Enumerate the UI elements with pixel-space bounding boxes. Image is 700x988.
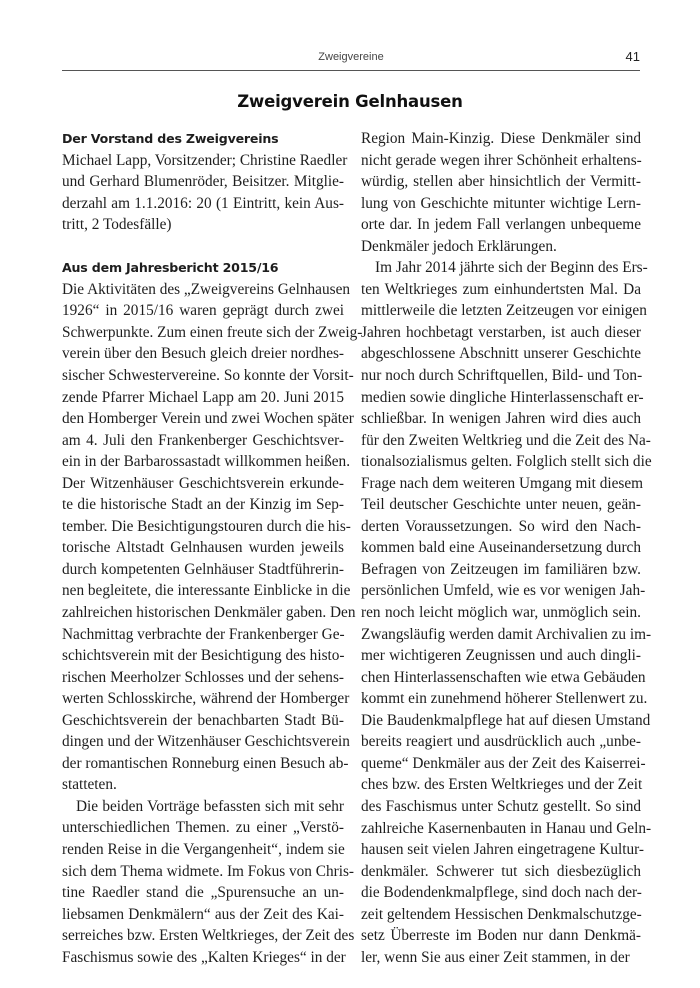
text-line: derzahl am 1.1.2016: 20 (1 Eintritt, kei… [62,193,344,215]
text-line: mittlerweile die letzten Zeitzeugen vor … [361,300,641,322]
text-line: der romantischen Ronneburg einen Besuch … [62,753,344,775]
text-line: kommen bald eine Auseinandersetzung durc… [361,537,641,559]
text-line: für den Zweiten Weltkrieg und die Zeit d… [361,430,641,452]
text-line: renden Reise in die Vergangenheit“, inde… [62,839,344,861]
text-line: Die Baudenkmalpflege hat auf diesen Umst… [361,710,641,732]
text-line: Geschichtsverein der benachbarten Stadt … [62,710,344,732]
text-line: Der Witzenhäuser Geschichtsverein erkund… [62,473,344,495]
text-line: Befragen von Zeitzeugen im familiären bz… [361,559,641,581]
text-line: am 4. Juli den Frankenberger Geschichtsv… [62,430,344,452]
text-line: tritt, 2 Todesfälle) [62,214,344,236]
text-line: bereits reagiert und ausdrücklich auch „… [361,731,641,753]
text-line: liebsamen Denkmälern“ aus der Zeit des K… [62,904,344,926]
text-line: nen begleitete, die interessante Einblic… [62,580,344,602]
text-line: des Faschismus unter Schutz gestellt. So… [361,796,641,818]
text-line: Im Jahr 2014 jährte sich der Beginn des … [361,257,641,279]
text-line: sischer Schwestervereine. So konnte der … [62,365,344,387]
text-line: Teil deutscher Geschichte unter neuen, g… [361,494,641,516]
text-line: sich dem Thema widmete. Im Fokus von Chr… [62,861,344,883]
running-title: Zweigvereine [62,51,640,63]
text-line: tember. Die Besichtigungstouren durch di… [62,516,344,538]
text-line: würdig, stellen aber hinsichtlich der Ve… [361,171,641,193]
jahresbericht-paragraph-2: Die beiden Vorträge befassten sich mit s… [62,796,344,968]
section-heading-vorstand: Der Vorstand des Zweigvereins [62,128,344,150]
text-line: zahlreichen historischen Denkmäler gaben… [62,602,344,624]
text-line: abgeschlossene Abschnitt unserer Geschic… [361,343,641,365]
text-line: Nachmittag verbrachte der Frankenberger … [62,624,344,646]
text-line: persönlichen Umfeld, wie es vor wenigen … [361,580,641,602]
text-line: durch kompetenten Gelnhäuser Stadtführer… [62,559,344,581]
text-line: Region Main-Kinzig. Diese Denkmäler sind [361,128,641,150]
text-line: mer wichtigeren Zeugnissen und auch ding… [361,645,641,667]
page-number: 41 [626,49,640,64]
text-line: zende Pfarrer Michael Lapp am 20. Juni 2… [62,387,344,409]
jahresbericht-paragraph-1: Die Aktivitäten des „Zweigvereins Gelnha… [62,279,344,796]
text-line: ches bzw. des Ersten Weltkrieges und der… [361,774,641,796]
page-title: Zweigverein Gelnhausen [0,92,700,111]
text-line: orte dar. In jedem Fall verlangen unbequ… [361,214,641,236]
text-line: derten Voraussetzungen. So wird den Nach… [361,516,641,538]
text-line: queme“ Denkmäler aus der Zeit des Kaiser… [361,753,641,775]
text-line: werten Schlosskirche, während der Homber… [62,688,344,710]
text-line: den Homberger Verein und zwei Wochen spä… [62,408,344,430]
section-heading-jahresbericht: Aus dem Jahresbericht 2015/16 [62,257,344,279]
text-line: zahlreiche Kasernenbauten in Hanau und G… [361,818,641,840]
text-line: nicht gerade wegen ihrer Schönheit erhal… [361,150,641,172]
text-line: te die historische Stadt an der Kinzig i… [62,494,344,516]
text-line: 1926“ in 2015/16 waren geprägt durch zwe… [62,300,344,322]
right-paragraph-1: Region Main-Kinzig. Diese Denkmäler sind… [361,128,641,257]
text-line: denkmäler. Schwerer tut sich diesbezügli… [361,861,641,883]
text-line: lung von Geschichte mitunter wichtige Le… [361,193,641,215]
text-line: tionalsozialismus gelten. Folglich stell… [361,451,641,473]
text-line: rischen Meerholzer Schlosses und der seh… [62,667,344,689]
text-line: Frage nach dem weiteren Umgang mit diese… [361,473,641,495]
text-line: kommt ein zunehmend höherer Stellenwert … [361,688,641,710]
text-line: Denkmäler jedoch Erklärungen. [361,236,641,258]
text-line: Die beiden Vorträge befassten sich mit s… [62,796,344,818]
text-line: hausen seit vielen Jahren eingetragene K… [361,839,641,861]
text-line: zeit geltendem Hessischen Denkmalschutzg… [361,904,641,926]
text-line: unterschiedlichen Themen. zu einer „Vers… [62,817,344,839]
right-paragraph-2: Im Jahr 2014 jährte sich der Beginn des … [361,257,641,968]
running-head: Zweigvereine 41 [62,48,640,71]
text-line: chen Hinterlassenschaften wie etwa Gebäu… [361,667,641,689]
text-line: dingen und der Witzenhäuser Geschichtsve… [62,731,344,753]
text-line: ler, wenn Sie aus einer Zeit stammen, in… [361,947,641,969]
text-line: schließbar. In wenigen Jahren wird dies … [361,408,641,430]
text-line: ein in der Barbarossastadt willkommen he… [62,451,344,473]
text-line: Die Aktivitäten des „Zweigvereins Gelnha… [62,279,344,301]
text-line: ren noch leicht möglich war, unmöglich s… [361,602,641,624]
text-line: ten Weltkrieges zum einhundertsten Mal. … [361,279,641,301]
text-line: verein über den Besuch gleich dreier nor… [62,343,344,365]
text-line: Faschismus sowie des „Kalten Krieges“ in… [62,947,344,969]
vorstand-paragraph: Michael Lapp, Vorsitzender; Christine Ra… [62,150,344,236]
text-line: statteten. [62,774,344,796]
text-line: setz Überreste im Boden nur dann Denkmä- [361,925,641,947]
text-line: und Gerhard Blumenröder, Beisitzer. Mitg… [62,171,344,193]
text-line: Schwerpunkte. Zum einen freute sich der … [62,322,344,344]
text-line: nur noch durch Schriftquellen, Bild- und… [361,365,641,387]
right-column: Region Main-Kinzig. Diese Denkmäler sind… [361,128,641,968]
text-line: torische Altstadt Gelnhausen wurden jewe… [62,537,344,559]
text-line: Michael Lapp, Vorsitzender; Christine Ra… [62,150,344,172]
text-line: tine Raedler stand die „Spurensuche an u… [62,882,344,904]
text-line: medien sowie dingliche Hinterlassenschaf… [361,387,641,409]
left-column: Der Vorstand des Zweigvereins Michael La… [62,128,344,968]
text-line: schichtsverein mit der Besichtigung des … [62,645,344,667]
text-line: serreiches bzw. Ersten Weltkrieges, der … [62,925,344,947]
text-line: die Bodendenkmalpflege, sind doch nach d… [361,882,641,904]
text-line: Zwangsläufig werden damit Archivalien zu… [361,624,641,646]
text-line: Jahren hochbetagt verstarben, ist auch d… [361,322,641,344]
